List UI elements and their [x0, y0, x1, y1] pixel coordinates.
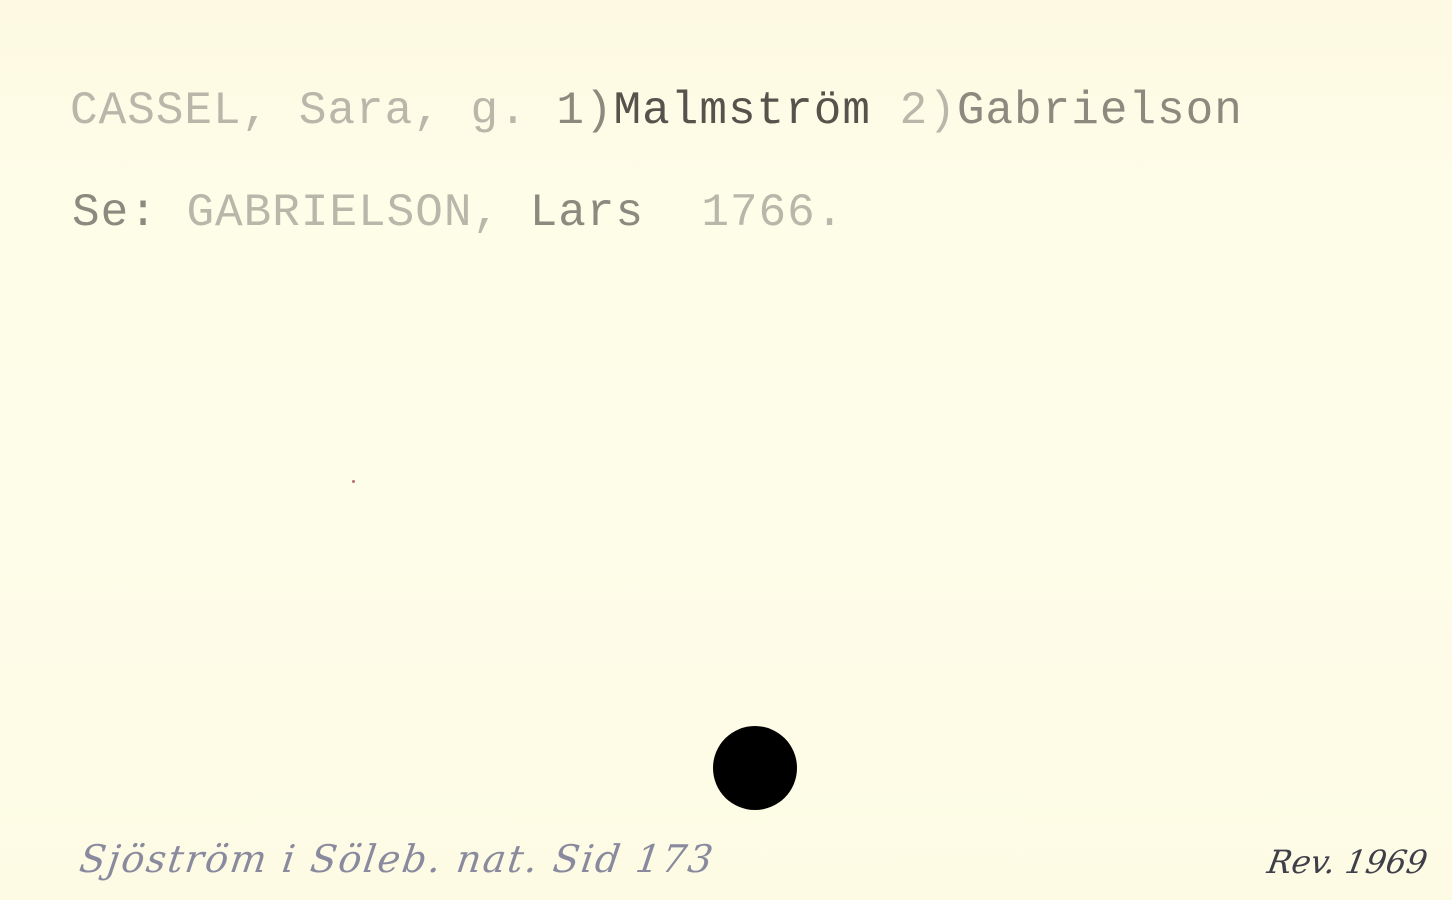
handwritten-source-note: Sjöström i Söleb. nat. Sid 173	[77, 840, 717, 878]
marriage-abbrev: g.	[470, 85, 527, 137]
punch-hole-icon	[713, 726, 797, 810]
card-heading-line: CASSEL, Sara, g. 1)Malmström 2)Gabrielso…	[70, 88, 1243, 134]
reference-surname: GABRIELSON,	[186, 187, 501, 239]
card-reference-line: Se: GABRIELSON, Lars 1766.	[72, 190, 844, 236]
spouse1-number: 1)	[556, 85, 613, 137]
spouse2-number: 2)	[900, 85, 957, 137]
spouse1-name: Malmström	[614, 85, 871, 137]
reference-year: 1766.	[701, 187, 844, 239]
ink-speck	[352, 480, 355, 483]
reference-given-name: Lars	[530, 187, 644, 239]
index-card: CASSEL, Sara, g. 1)Malmström 2)Gabrielso…	[0, 0, 1452, 900]
given-name: Sara,	[299, 85, 442, 137]
spouse2-name: Gabrielson	[957, 85, 1243, 137]
see-label: Se:	[72, 187, 158, 239]
surname: CASSEL,	[70, 85, 270, 137]
revision-note: Rev. 1969	[1265, 846, 1430, 878]
